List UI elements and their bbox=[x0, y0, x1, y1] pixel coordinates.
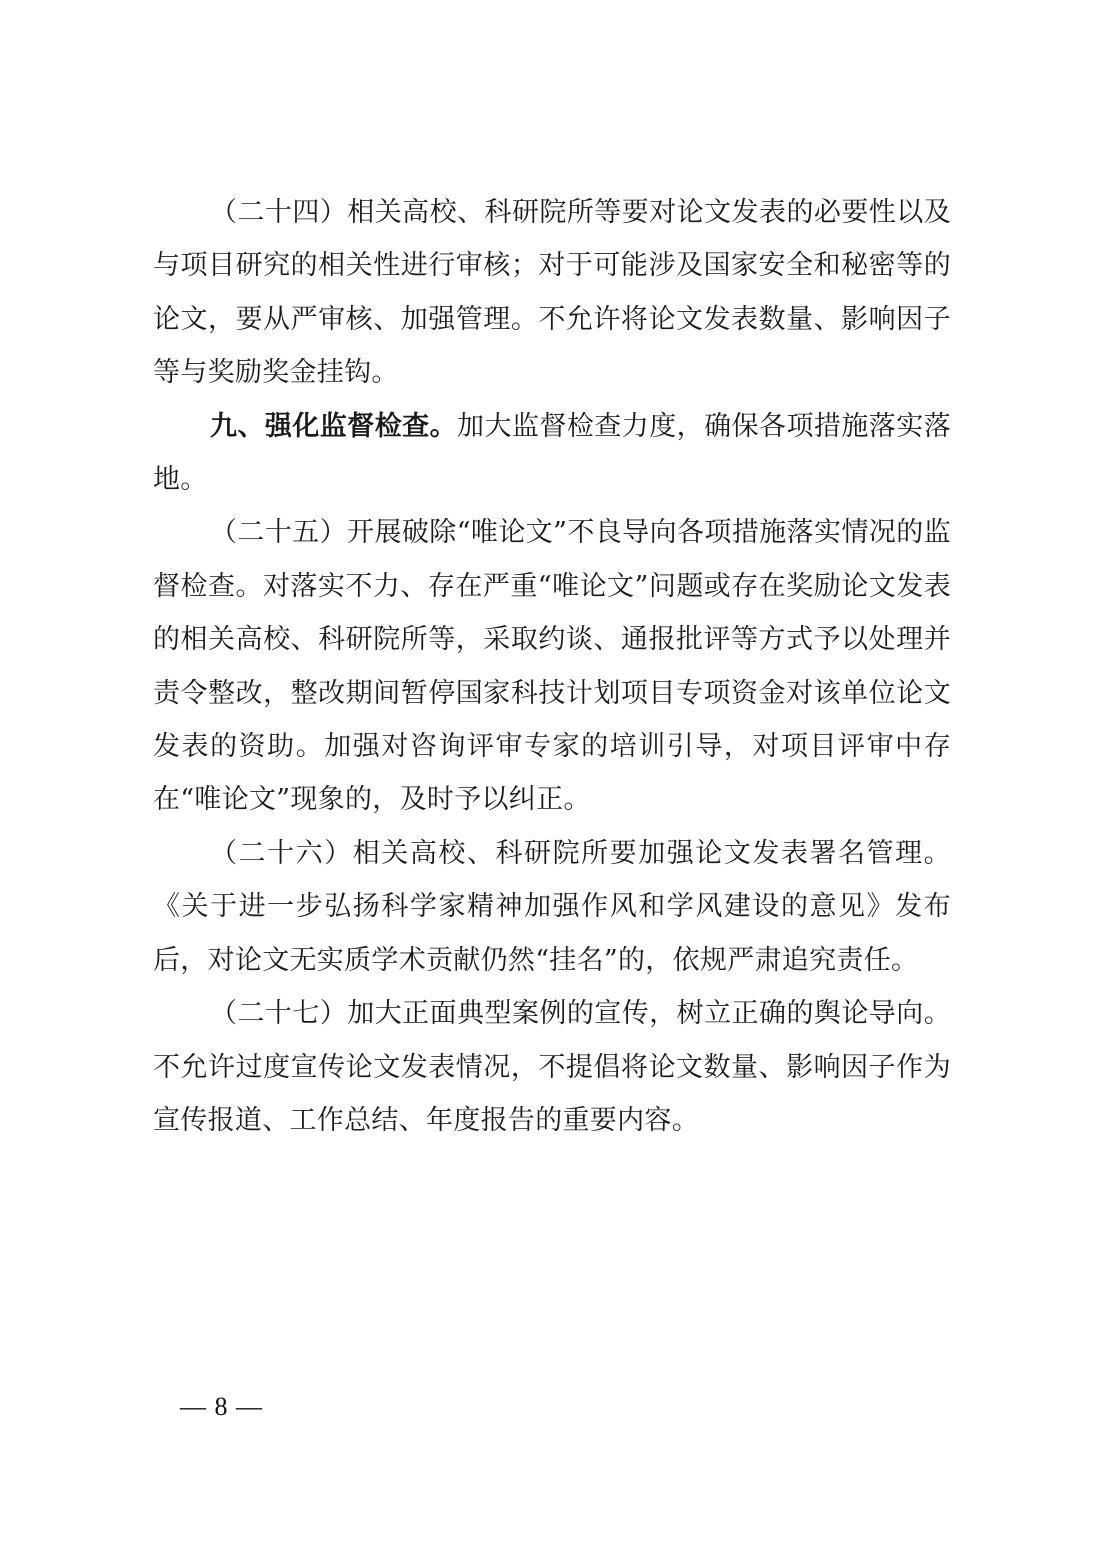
paragraph-text: （二十七）加大正面典型案例的宣传，树立正确的舆论导向。不允许过度宣传论文发表情况… bbox=[153, 998, 951, 1136]
section-heading-paragraph: 九、强化监督检查。加大监督检查力度，确保各项措施落实落地。 bbox=[153, 400, 951, 507]
paragraph-item-25: （二十五）开展破除“唯论文”不良导向各项措施落实情况的监督检查。对落实不力、存在… bbox=[153, 506, 951, 826]
paragraph-text: （二十六）相关高校、科研院所要加强论文发表署名管理。《关于进一步弘扬科学家精神加… bbox=[153, 838, 951, 976]
paragraph-item-24: （二十四）相关高校、科研院所等要对论文发表的必要性以及与项目研究的相关性进行审核… bbox=[153, 186, 951, 400]
paragraph-item-27: （二十七）加大正面典型案例的宣传，树立正确的舆论导向。不允许过度宣传论文发表情况… bbox=[153, 987, 951, 1147]
document-body: （二十四）相关高校、科研院所等要对论文发表的必要性以及与项目研究的相关性进行审核… bbox=[153, 186, 951, 1147]
paragraph-item-26: （二十六）相关高校、科研院所要加强论文发表署名管理。《关于进一步弘扬科学家精神加… bbox=[153, 827, 951, 987]
paragraph-text: （二十五）开展破除“唯论文”不良导向各项措施落实情况的监督检查。对落实不力、存在… bbox=[153, 517, 951, 815]
paragraph-text: （二十四）相关高校、科研院所等要对论文发表的必要性以及与项目研究的相关性进行审核… bbox=[153, 197, 951, 388]
section-heading: 九、强化监督检查。 bbox=[210, 411, 457, 442]
page-number: — 8 — bbox=[180, 1392, 263, 1422]
